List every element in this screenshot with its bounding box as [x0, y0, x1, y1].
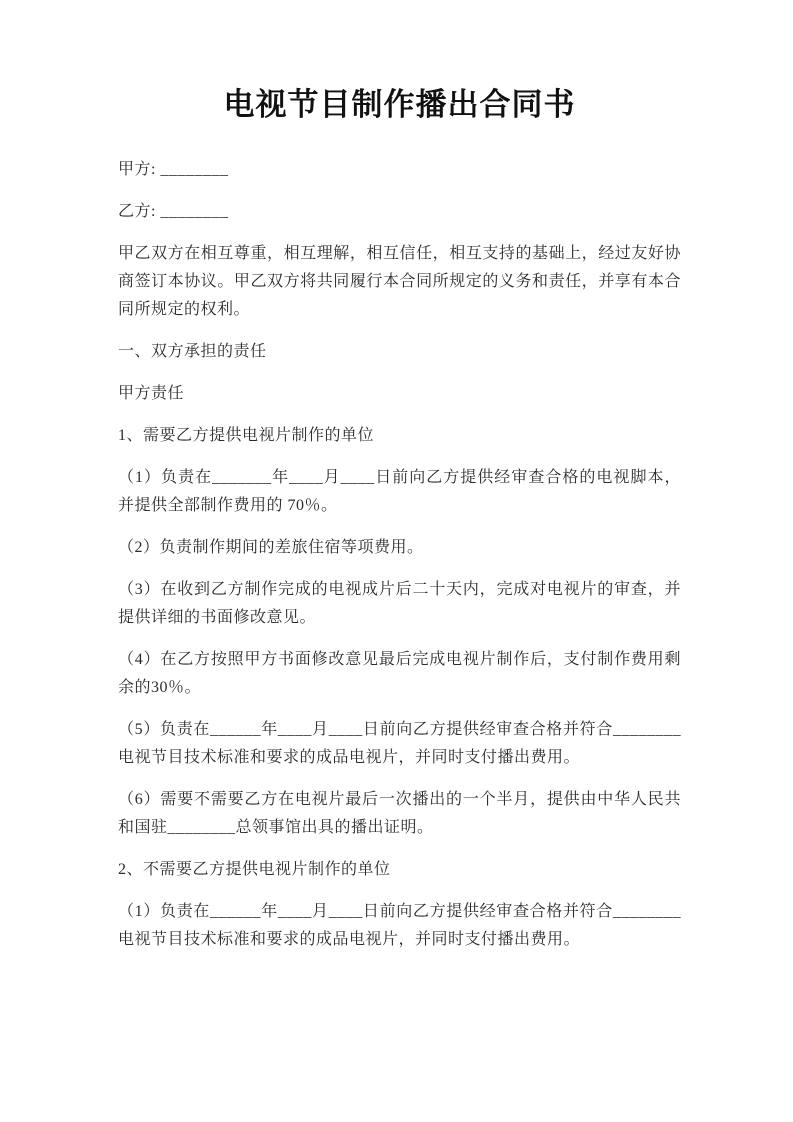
clause-2-heading: 2、不需要乙方提供电视片制作的单位: [118, 856, 681, 884]
section-1-heading: 一、双方承担的责任: [118, 338, 681, 366]
clause-1-item-6: （6）需要不需要乙方在电视片最后一次播出的一个半月，提供由中华人民共和国驻___…: [118, 786, 681, 842]
clause-1-item-2: （2）负责制作期间的差旅住宿等项费用。: [118, 534, 681, 562]
clause-1-item-3: （3）在收到乙方制作完成的电视成片后二十天内，完成对电视片的审查，并提供详细的书…: [118, 576, 681, 632]
party-a-duty-heading: 甲方责任: [118, 380, 681, 408]
contract-document-page: 电视节目制作播出合同书 甲方: ________ 乙方: ________ 甲乙…: [0, 0, 793, 1122]
clause-1-item-4: （4）在乙方按照甲方书面修改意见最后完成电视片制作后，支付制作费用剩余的30％。: [118, 646, 681, 702]
document-title: 电视节目制作播出合同书: [118, 86, 681, 124]
clause-1-heading: 1、需要乙方提供电视片制作的单位: [118, 422, 681, 450]
party-b-blank-line: 乙方: ________: [118, 198, 681, 226]
party-a-blank-line: 甲方: ________: [118, 156, 681, 184]
clause-2-item-1: （1）负责在______年____月____日前向乙方提供经审查合格并符合___…: [118, 898, 681, 954]
preamble-paragraph: 甲乙双方在相互尊重，相互理解，相互信任，相互支持的基础上，经过友好协商签订本协议…: [118, 240, 681, 324]
clause-1-item-1: （1）负责在_______年____月____日前向乙方提供经审查合格的电视脚本…: [118, 464, 681, 520]
clause-1-item-5: （5）负责在______年____月____日前向乙方提供经审查合格并符合___…: [118, 716, 681, 772]
